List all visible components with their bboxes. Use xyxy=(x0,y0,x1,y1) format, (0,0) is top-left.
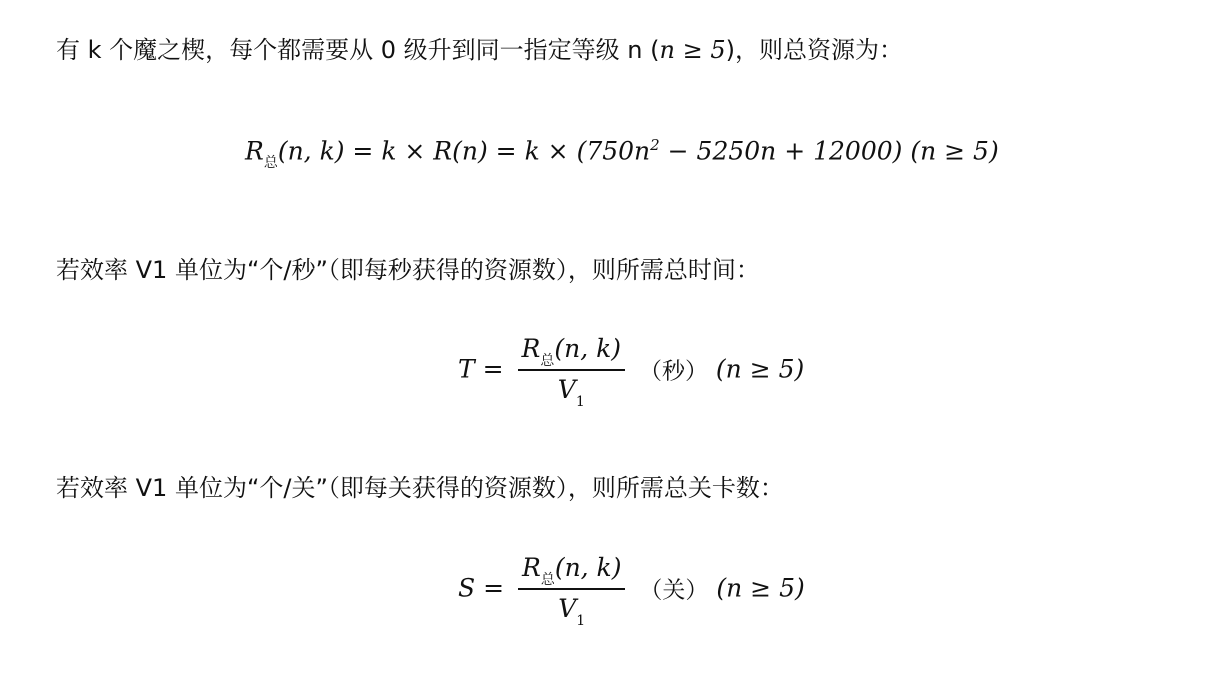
intro-text: 有 k 个魔之楔，每个都需要从 0 级升到同一指定等级 n ( xyxy=(56,36,660,64)
stages-condition: (n ≥ 5) xyxy=(716,574,804,603)
time-lhs: T = xyxy=(458,355,504,384)
time-denominator: V1 xyxy=(518,371,625,404)
stages-unit: （关） xyxy=(639,578,708,604)
stages-formula: S = R总(n, k) V1 （关） (n ≥ 5) xyxy=(458,553,805,623)
stage-paragraph: 若效率 V1 单位为“个/关”（即每关获得的资源数），则所需总关卡数： xyxy=(56,468,784,503)
formula-exponent: 2 xyxy=(650,136,660,154)
time-unit: （秒） xyxy=(639,359,708,385)
stages-lhs: S = xyxy=(458,574,504,603)
formula-lhs: R xyxy=(245,136,264,165)
formula-expression: (n, k) = k × R(n) = k × (750n xyxy=(278,136,650,165)
time-formula: T = R总(n, k) V1 （秒） (n ≥ 5) xyxy=(458,334,804,404)
formula-rest: − 5250n + 12000) (n ≥ 5) xyxy=(660,136,999,165)
formula-subscript: 总 xyxy=(264,155,278,171)
total-resource-formula: R总(n, k) = k × R(n) = k × (750n2 − 5250n… xyxy=(245,136,999,165)
stages-numerator: R总(n, k) xyxy=(518,553,625,590)
stages-denominator: V1 xyxy=(518,590,625,623)
intro-end: )，则总资源为： xyxy=(726,36,903,64)
intro-condition: n ≥ 5 xyxy=(660,36,726,64)
time-condition: (n ≥ 5) xyxy=(716,355,804,384)
time-paragraph: 若效率 V1 单位为“个/秒”（即每秒获得的资源数），则所需总时间： xyxy=(56,250,760,285)
intro-paragraph: 有 k 个魔之楔，每个都需要从 0 级升到同一指定等级 n (n ≥ 5)，则总… xyxy=(56,30,903,65)
time-numerator: R总(n, k) xyxy=(518,334,625,371)
time-fraction: R总(n, k) V1 xyxy=(518,334,625,404)
stages-fraction: R总(n, k) V1 xyxy=(518,553,625,623)
